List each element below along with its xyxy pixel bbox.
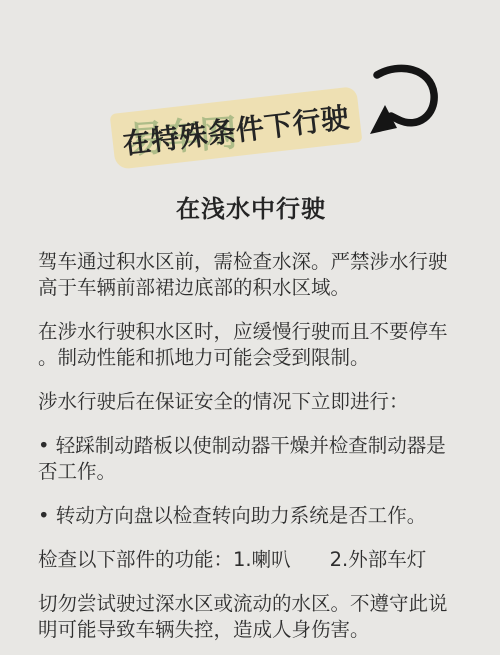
header: 易车网 在特殊条件下行驶 [0,0,500,185]
bullet-brake-check: • 轻踩制动踏板以使制动器干燥并检查制动器是 否工作。 [38,433,464,485]
bullet-steering-check: • 转动方向盘以检查转向助力系统是否工作。 [38,503,464,529]
paragraph-component-check: 检查以下部件的功能：1.喇叭 2.外部车灯 [38,547,464,573]
paragraph-drive-slowly: 在涉水行驶积水区时，应缓慢行驶而且不要停车 。制动性能和抓地力可能会受到限制。 [38,319,464,371]
paragraph-warning: 切勿尝试驶过深水区或流动的水区。不遵守此说 明可能导致车辆失控，造成人身伤害。 [38,591,464,643]
curly-arrow-icon [355,60,445,155]
paragraph-after-wading: 涉水行驶后在保证安全的情况下立即进行： [38,389,464,415]
page-title: 在浅水中行驶 [38,189,464,224]
article: 在浅水中行驶 驾车通过积水区前，需检查水深。严禁涉水行驶 高于车辆前部裙边底部的… [38,189,464,655]
paragraph-check-depth: 驾车通过积水区前，需检查水深。严禁涉水行驶 高于车辆前部裙边底部的积水区域。 [38,249,464,301]
